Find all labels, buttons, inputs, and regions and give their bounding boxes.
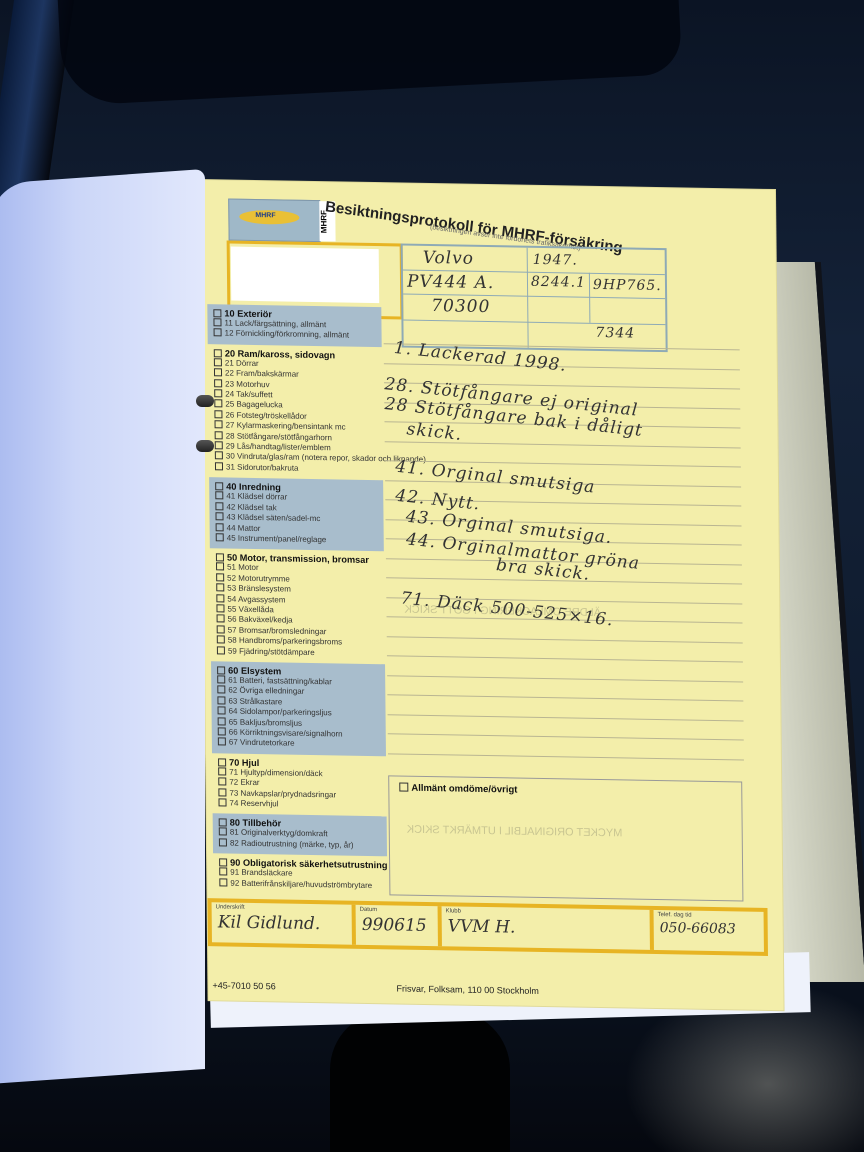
checkbox[interactable]: [215, 421, 223, 429]
checklist-item: 59 Fjädring/stötdämpare: [217, 646, 381, 659]
date-cell: Datum 990615: [356, 905, 442, 947]
checkbox[interactable]: [215, 502, 223, 510]
checkbox[interactable]: [216, 554, 224, 562]
checkbox[interactable]: [214, 329, 222, 337]
phone-cell: Telef. dag tid 050-66083: [654, 910, 764, 952]
checkbox[interactable]: [217, 615, 225, 623]
checkbox[interactable]: [216, 583, 224, 591]
checkbox[interactable]: [216, 604, 224, 612]
checkbox[interactable]: [215, 512, 223, 520]
section-70: 70 Hjul71 Hjultyp/dimension/däck72 Ekrar…: [212, 753, 387, 817]
footer-phone: +45-7010 50 56: [212, 980, 275, 991]
section-90: 90 Obligatorisk säkerhetsutrustning91 Br…: [213, 854, 387, 897]
checkbox[interactable]: [216, 573, 224, 581]
binder-ring: [196, 395, 214, 407]
checkbox[interactable]: [219, 819, 227, 827]
checkbox[interactable]: [213, 309, 221, 317]
checkbox[interactable]: [215, 462, 223, 470]
signature-cell: Underskrift Kil Gidlund.: [212, 902, 356, 945]
checkbox[interactable]: [215, 452, 223, 460]
section-60: 60 Elsystem61 Batteri, fastsättning/kabl…: [211, 661, 386, 756]
checkbox[interactable]: [213, 318, 221, 326]
checkbox[interactable]: [218, 788, 226, 796]
checkbox[interactable]: [215, 441, 223, 449]
section-80: 80 Tillbehör81 Originalverktyg/domkraft8…: [213, 814, 387, 857]
field-fabrikat: Volvo: [423, 248, 474, 269]
checkbox[interactable]: [215, 492, 223, 500]
checkbox[interactable]: [214, 400, 222, 408]
photographer-shadow: [330, 1010, 510, 1152]
signature-row: Underskrift Kil Gidlund. Datum 990615 Kl…: [208, 898, 768, 956]
phone-value: 050-66083: [660, 920, 736, 937]
checklist-item: 12 Förnickling/förkromning, allmänt: [214, 329, 378, 342]
checkbox[interactable]: [218, 758, 226, 766]
checkbox[interactable]: [218, 778, 226, 786]
checkbox[interactable]: [218, 727, 226, 735]
checkbox[interactable]: [219, 859, 227, 867]
checkbox[interactable]: [219, 878, 227, 886]
checkbox[interactable]: [219, 828, 227, 836]
dark-reflection: [58, 0, 683, 106]
vehicle-info-box: Volvo PV444 A. 1947. 70300 8244.1 9HP765…: [401, 244, 668, 353]
checklist-item: 45 Instrument/panel/reglage: [216, 533, 380, 546]
checkbox[interactable]: [217, 675, 225, 683]
checkbox[interactable]: [214, 368, 222, 376]
section-10: 10 Exteriör11 Lack/färgsättning, allmänt…: [207, 304, 381, 347]
checkbox[interactable]: [214, 358, 222, 366]
checkbox[interactable]: [214, 349, 222, 357]
field-chassinummer: 7344: [595, 325, 635, 342]
binder-ring: [196, 440, 214, 452]
checkbox[interactable]: [217, 686, 225, 694]
club-cell: Klubb VVM H.: [442, 906, 654, 950]
checkbox[interactable]: [215, 431, 223, 439]
logo-brand: MHRF: [255, 212, 275, 219]
checkbox[interactable]: [219, 868, 227, 876]
inspection-form: MHRF MHRF Besiktningsprotokoll för MHRF-…: [200, 180, 784, 1010]
checkbox[interactable]: [217, 635, 225, 643]
field-typ: PV444 A.: [407, 272, 494, 294]
field-arsmodell: 1947.: [533, 252, 578, 269]
general-assessment-box: Allmänt omdöme/övrigt: [388, 775, 743, 901]
checkbox[interactable]: [214, 389, 222, 397]
footer-address: Frisvar, Folksam, 110 00 Stockholm: [396, 983, 538, 995]
checklist-item: 82 Radioutrustning (märke, typ, år): [219, 838, 383, 851]
checklist-item: 74 Reservhjul: [218, 798, 382, 811]
checkbox[interactable]: [218, 738, 226, 746]
checkbox[interactable]: [214, 410, 222, 418]
checkbox[interactable]: [214, 379, 222, 387]
mhrf-folksam-logo: MHRF MHRF: [228, 198, 320, 242]
signature: Kil Gidlund.: [218, 912, 321, 934]
checklist-sidebar: 10 Exteriör11 Lack/färgsättning, allmänt…: [207, 304, 387, 896]
checkbox[interactable]: [216, 563, 224, 571]
field-motornummer: 70300: [431, 296, 490, 317]
date-value: 990615: [362, 915, 427, 936]
field-chassi-prefix: 8244.1: [531, 274, 586, 291]
field-regnummer: 9HP765.: [593, 277, 662, 294]
checklist-item: 92 Batterifrånskiljare/huvudströmbrytare: [219, 878, 383, 891]
checkbox[interactable]: [217, 666, 225, 674]
checkbox[interactable]: [219, 838, 227, 846]
section-40: 40 Inredning41 Klädsel dörrar42 Klädsel …: [209, 477, 384, 551]
checkbox[interactable]: [216, 533, 224, 541]
checkbox[interactable]: [218, 717, 226, 725]
checkbox[interactable]: [216, 523, 224, 531]
checklist-item: 67 Vindrutetorkare: [218, 738, 382, 751]
checkbox[interactable]: [218, 707, 226, 715]
checkbox[interactable]: [216, 594, 224, 602]
checkbox[interactable]: [215, 483, 223, 491]
checkbox[interactable]: [218, 767, 226, 775]
club-value: VVM H.: [448, 916, 516, 937]
checkbox[interactable]: [217, 625, 225, 633]
checkbox[interactable]: [217, 646, 225, 654]
checkbox[interactable]: [218, 798, 226, 806]
left-blank-page: [0, 169, 205, 1084]
section-20: 20 Ram/kaross, sidovagn21 Dörrar22 Fram/…: [208, 344, 383, 481]
general-label: Allmänt omdöme/övrigt: [411, 783, 517, 796]
checkbox[interactable]: [217, 696, 225, 704]
redaction-block: [231, 247, 380, 304]
general-checkbox[interactable]: [399, 783, 408, 792]
section-50: 50 Motor, transmission, bromsar51 Motor5…: [210, 549, 385, 665]
